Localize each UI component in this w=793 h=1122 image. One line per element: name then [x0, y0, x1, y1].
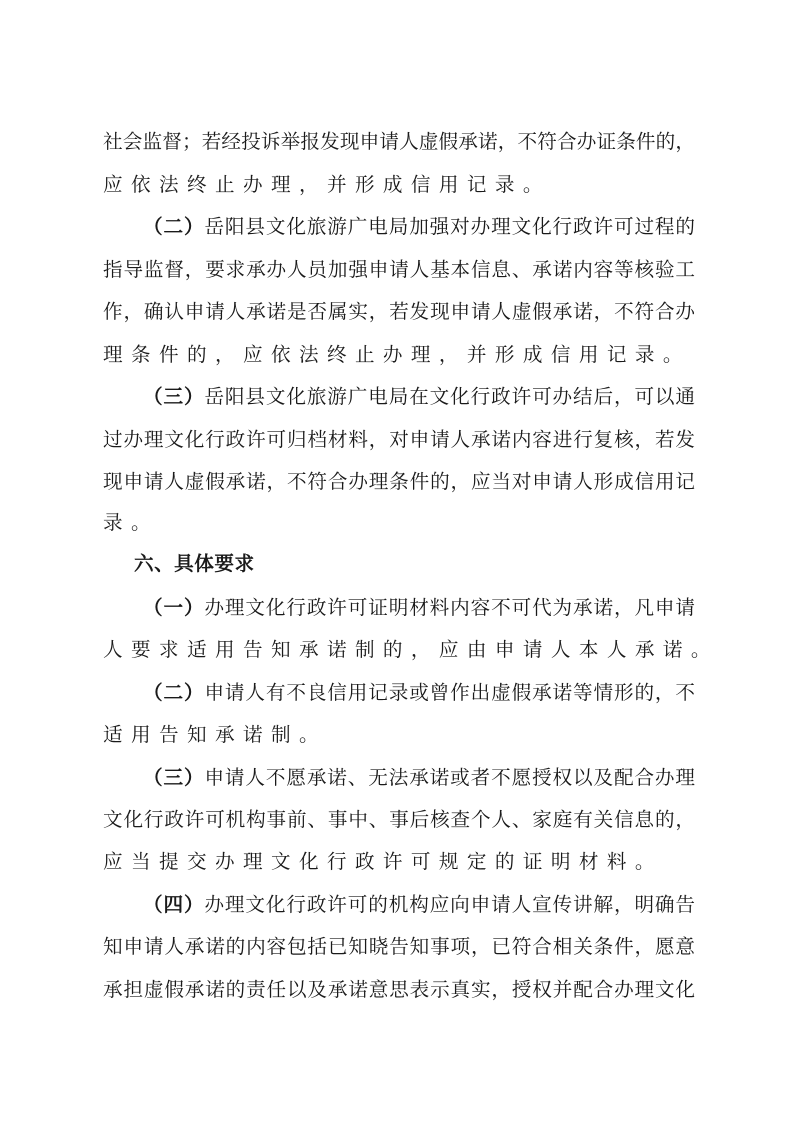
document-page: 社会监督；若经投诉举报发现申请人虚假承诺，不符合办证条件的， 应依法终止办理，并…: [0, 0, 793, 1122]
item-label: （三）: [143, 385, 204, 408]
paragraph-line: （二）岳阳县文化旅游广电局加强对办理文化行政许可过程的: [143, 212, 695, 242]
paragraph-line: （一）办理文化行政许可证明材料内容不可代为承诺，凡申请: [143, 593, 695, 623]
paragraph-line: 应依法终止办理，并形成信用记录。: [103, 170, 695, 200]
paragraph-line: 社会监督；若经投诉举报发现申请人虚假承诺，不符合办证条件的，: [103, 127, 695, 157]
paragraph-line: 作，确认申请人承诺是否属实，若发现申请人虚假承诺，不符合办: [103, 297, 695, 327]
paragraph-line: （三）申请人不愿承诺、无法承诺或者不愿授权以及配合办理: [143, 763, 695, 793]
item-label: （四）: [143, 893, 204, 916]
paragraph-line: （二）申请人有不良信用记录或曾作出虚假承诺等情形的，不: [143, 678, 695, 708]
paragraph-line: 人要求适用告知承诺制的，应由申请人本人承诺。: [103, 635, 695, 665]
item-label: （二）: [143, 215, 204, 238]
paragraph-line: （三）岳阳县文化旅游广电局在文化行政许可办结后，可以通: [143, 382, 695, 412]
item-label: （二）: [143, 681, 204, 704]
item-label: （三）: [143, 766, 204, 789]
paragraph-line: 指导监督，要求承办人员加强申请人基本信息、承诺内容等核验工: [103, 255, 695, 285]
paragraph-line: 知申请人承诺的内容包括已知晓告知事项，已符合相关条件，愿意: [103, 932, 695, 962]
paragraph-line: 适用告知承诺制。: [103, 720, 695, 750]
paragraph-line: 应当提交办理文化行政许可规定的证明材料。: [103, 847, 695, 877]
section-heading: 六、具体要求: [134, 549, 686, 579]
paragraph-line: 录。: [103, 508, 695, 538]
paragraph-line: 过办理文化行政许可归档材料，对申请人承诺内容进行复核，若发: [103, 425, 695, 455]
item-label: （一）: [143, 596, 204, 619]
paragraph-line: 理条件的，应依法终止办理，并形成信用记录。: [103, 340, 695, 370]
paragraph-line: 文化行政许可机构事前、事中、事后核查个人、家庭有关信息的，: [103, 805, 695, 835]
paragraph-line: （四）办理文化行政许可的机构应向申请人宣传讲解，明确告: [143, 890, 695, 920]
paragraph-line: 现申请人虚假承诺，不符合办理条件的，应当对申请人形成信用记: [103, 467, 695, 497]
paragraph-line: 承担虚假承诺的责任以及承诺意思表示真实，授权并配合办理文化: [103, 975, 695, 1005]
